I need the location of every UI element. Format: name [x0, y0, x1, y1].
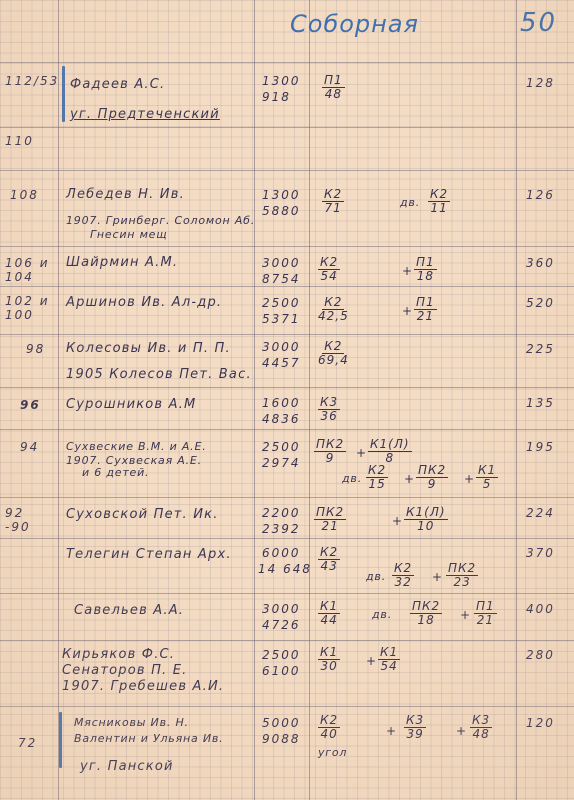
- plus-sign: +: [366, 654, 376, 668]
- fraction: П121: [414, 296, 437, 323]
- owner-note: 1905 Колесов Пет. Вас.: [66, 368, 252, 382]
- owner-name: Лебедев Н. Ив.: [66, 188, 185, 202]
- plus-sign: +: [402, 304, 412, 318]
- row-value: 128: [526, 76, 555, 90]
- street-title: Соборная: [290, 10, 419, 38]
- owner-note: уг. Предтеченский: [70, 108, 220, 122]
- row-divider: [0, 538, 574, 539]
- fraction: К211: [428, 188, 450, 215]
- row-divider: [0, 334, 574, 335]
- area-total: 1300: [262, 188, 301, 202]
- row-divider: [0, 246, 574, 247]
- row-divider: [0, 497, 574, 498]
- blue-margin-mark: [59, 712, 62, 768]
- area-total: 3000: [262, 602, 301, 616]
- area-sub: 6100: [262, 664, 301, 678]
- owner-name: Суховской Пет. Ик.: [66, 508, 219, 522]
- plus-sign: +: [464, 472, 474, 486]
- house-number: 102 и 100: [5, 294, 55, 322]
- row-divider: [0, 286, 574, 287]
- fraction: К336: [318, 396, 340, 423]
- fraction: К243: [318, 546, 340, 573]
- area-sub: 9088: [262, 732, 301, 746]
- row-divider: [0, 170, 574, 171]
- plus-sign: +: [432, 570, 442, 584]
- plus-sign: +: [392, 514, 402, 528]
- fraction: К348: [470, 714, 492, 741]
- fraction: ПК29: [314, 438, 346, 465]
- owner-name: Сухвеские В.М. и А.Е.: [66, 440, 207, 454]
- house-number: 110: [5, 134, 34, 148]
- area-total: 2500: [262, 296, 301, 310]
- owner-name: Сурошников А.М: [66, 398, 196, 412]
- owner-name: Кирьяков Ф.С.: [62, 648, 175, 662]
- row-value: 126: [526, 188, 555, 202]
- area-sub: 8754: [262, 272, 301, 286]
- house-number: 98: [26, 342, 45, 356]
- area-sub: 2974: [262, 456, 301, 470]
- area-total: 3000: [262, 340, 301, 354]
- fraction: К232: [392, 562, 414, 589]
- plus-sign: +: [460, 608, 470, 622]
- owner-name: Сенаторов П. Е.: [62, 664, 187, 678]
- plus-sign: +: [402, 264, 412, 278]
- owner-name: Шайрмин А.М.: [66, 256, 178, 270]
- fraction: К1(Л)10: [404, 506, 448, 533]
- row-divider: [0, 387, 574, 388]
- fraction: ПК223: [446, 562, 478, 589]
- house-number: 94: [20, 440, 39, 454]
- area-sub: 5880: [262, 204, 301, 218]
- fraction: К215: [366, 464, 388, 491]
- area-sub: 2392: [262, 522, 301, 536]
- owner-name: Фадеев А.С.: [70, 78, 165, 92]
- area-total: 1300: [262, 74, 301, 88]
- area-total: 2500: [262, 648, 301, 662]
- fraction: К154: [378, 646, 400, 673]
- house-number: 112/53: [5, 74, 59, 88]
- row-value: 120: [526, 716, 555, 730]
- owner-name: Савельев А.А.: [74, 604, 184, 618]
- area-sub: 4726: [262, 618, 301, 632]
- area-total: 6000: [262, 546, 301, 560]
- area-sub: 5371: [262, 312, 301, 326]
- plus-sign: +: [386, 724, 396, 738]
- page-number: 50: [520, 8, 557, 38]
- house-number: 72: [18, 736, 37, 750]
- owner-name: Колесовы Ив. и П. П.: [66, 342, 231, 356]
- fraction: К240: [318, 714, 340, 741]
- row-value: 225: [526, 342, 555, 356]
- extra-prefix: дв.: [400, 196, 420, 210]
- row-divider: [0, 593, 574, 594]
- fraction: ПК29: [416, 464, 448, 491]
- owner-name: Мясниковы Ив. Н.: [74, 716, 189, 730]
- house-number: 96: [20, 398, 41, 412]
- fraction: П148: [322, 74, 345, 101]
- fraction: К339: [404, 714, 426, 741]
- owner-name: Аршинов Ив. Ал-др.: [66, 296, 222, 310]
- extra-prefix: дв.: [372, 608, 392, 622]
- fraction: К130: [318, 646, 340, 673]
- area-total: 2500: [262, 440, 301, 454]
- row-value: 280: [526, 648, 555, 662]
- fraction: К15: [476, 464, 498, 491]
- row-divider: [0, 429, 574, 430]
- fraction: К269,4: [318, 340, 349, 367]
- fraction: К254: [318, 256, 340, 283]
- row-divider: [0, 706, 574, 707]
- fraction: К242,5: [318, 296, 349, 323]
- plus-sign: +: [356, 446, 366, 460]
- area-total: 2200: [262, 506, 301, 520]
- plus-sign: +: [404, 472, 414, 486]
- owner-note: уг. Панской: [80, 760, 174, 774]
- owner-name: Валентин и Ульяна Ив.: [74, 732, 223, 746]
- fraction: К1(Л)8: [368, 438, 412, 465]
- plus-sign: +: [456, 724, 466, 738]
- area-sub: 918: [262, 90, 291, 104]
- owner-note: 1907. Гребешев А.И.: [62, 680, 224, 694]
- fraction: ПК218: [410, 600, 442, 627]
- column-divider: [516, 0, 517, 800]
- fraction: П118: [414, 256, 437, 283]
- row-divider: [0, 640, 574, 641]
- row-value: 135: [526, 396, 555, 410]
- owner-note: Гнесин мещ: [90, 228, 167, 242]
- ledger-page: Соборная 50 112/53 Фадеев А.С. уг. Предт…: [0, 0, 574, 800]
- area-total: 3000: [262, 256, 301, 270]
- extra-prefix: дв.: [366, 570, 386, 584]
- row-divider: [0, 127, 574, 128]
- fraction-note: угол: [318, 746, 347, 760]
- column-divider: [254, 0, 255, 800]
- owner-name: Телегин Степан Арх.: [66, 548, 232, 562]
- row-divider: [0, 62, 574, 63]
- blue-margin-mark: [62, 66, 65, 122]
- row-value: 370: [526, 546, 555, 560]
- column-divider: [58, 0, 59, 800]
- area-sub: 14 648: [258, 562, 312, 576]
- row-value: 400: [526, 602, 555, 616]
- extra-prefix: дв.: [342, 472, 362, 486]
- owner-note: и 6 детей.: [82, 466, 149, 480]
- fraction: П121: [474, 600, 497, 627]
- area-sub: 4836: [262, 412, 301, 426]
- column-divider: [309, 0, 310, 800]
- area-total: 1600: [262, 396, 301, 410]
- row-value: 520: [526, 296, 555, 310]
- fraction: К271: [322, 188, 344, 215]
- house-number: 108: [10, 188, 39, 202]
- owner-note: 1907. Гринберг. Соломон Аб.: [66, 214, 255, 228]
- area-total: 5000: [262, 716, 301, 730]
- area-sub: 4457: [262, 356, 301, 370]
- row-value: 195: [526, 440, 555, 454]
- fraction: К144: [318, 600, 340, 627]
- row-value: 224: [526, 506, 555, 520]
- row-value: 360: [526, 256, 555, 270]
- fraction: ПК221: [314, 506, 346, 533]
- house-number: 106 и 104: [5, 256, 55, 284]
- house-number: 92 -90: [5, 506, 50, 534]
